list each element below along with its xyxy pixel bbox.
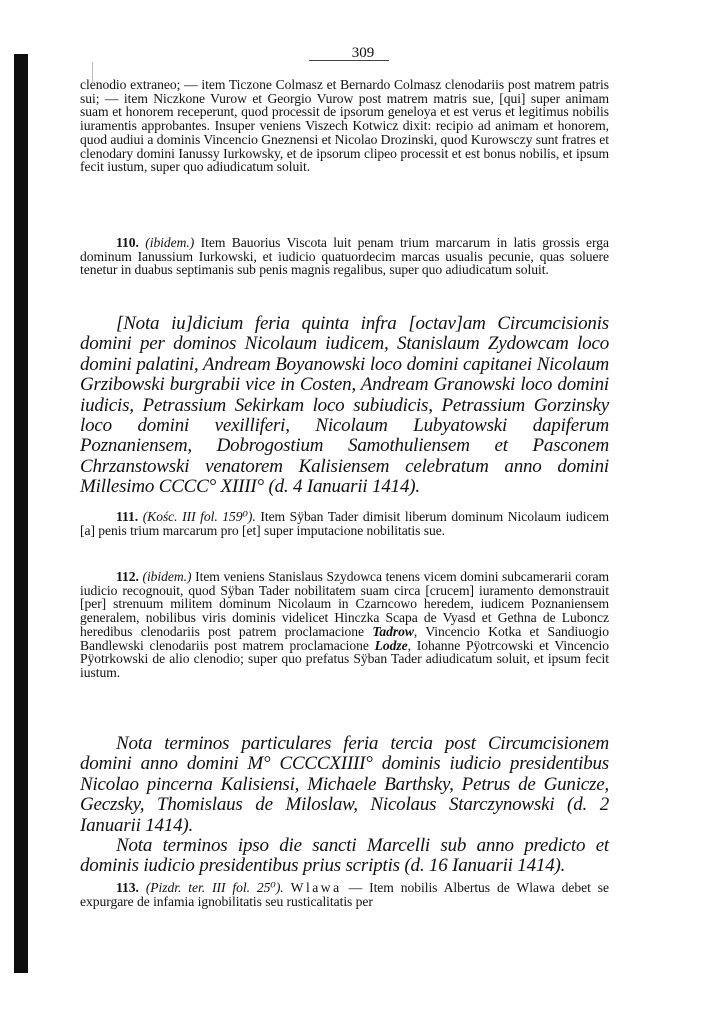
header-rule <box>309 60 389 61</box>
note-terminos-particulares: Nota terminos particulares feria tercia … <box>80 734 609 836</box>
entry-112: 112. (ibidem.) Item veniens Stanislaus S… <box>80 570 609 680</box>
entry-110: 110. (ibidem.) Item Bauorius Viscota lui… <box>80 236 609 277</box>
continuation-paragraph: clenodio extraneo; — item Ticzone Colmas… <box>80 78 609 174</box>
note-text: Nota terminos particulares feria tercia … <box>80 734 609 836</box>
entry-111: 111. (Kośc. III fol. 159⁰). Item Sÿban T… <box>80 510 609 537</box>
note-text: Nota terminos ipso die sancti Marcelli s… <box>80 836 609 877</box>
page-number: 309 <box>352 45 375 61</box>
entry-113: 113. (Pizdr. ter. III fol. 25⁰). Wlawa —… <box>80 881 609 908</box>
note-judicium: [Nota iu]dicium feria quinta infra [octa… <box>80 314 609 498</box>
note-terminos-marcelli: Nota terminos ipso die sancti Marcelli s… <box>80 836 609 877</box>
note-text: [Nota iu]dicium feria quinta infra [octa… <box>80 314 609 498</box>
scan-binding-edge <box>14 54 28 973</box>
paragraph-text: clenodio extraneo; — item Ticzone Colmas… <box>80 78 609 174</box>
